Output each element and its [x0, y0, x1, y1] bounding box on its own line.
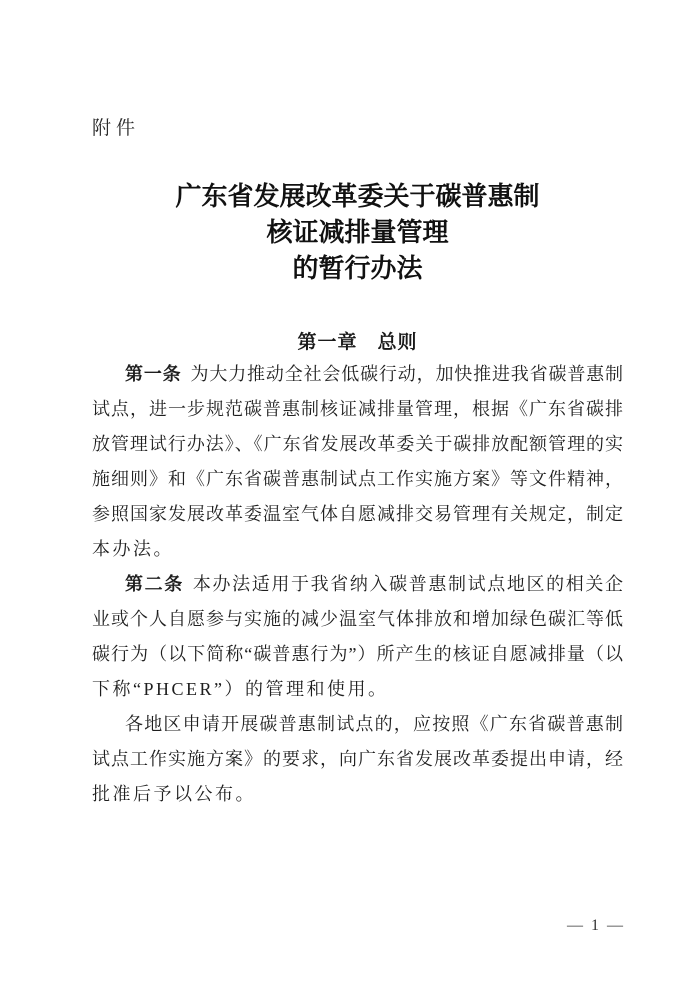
- line-text: 业或个人自愿参与实施的减少温室气体排放和增加绿色碳汇等低: [92, 609, 623, 629]
- line-text: 放管理试行办法》、《广东省发展改革委关于碳排放配额管理的实: [92, 434, 623, 454]
- body-line: 第二条本办法适用于我省纳入碳普惠制试点地区的相关企: [92, 567, 623, 602]
- title-line: 广东省发展改革委关于碳普惠制: [92, 179, 623, 215]
- page-number: — 1 —: [567, 917, 625, 935]
- line-text: 碳行为（以下简称“碳普惠行为”）所产生的核证自愿减排量（以: [92, 644, 623, 664]
- line-text: 试点工作实施方案》的要求，向广东省发展改革委提出申请，经: [92, 749, 623, 769]
- document-page: 附件 广东省发展改革委关于碳普惠制 核证减排量管理 的暂行办法 第一章 总则 第…: [0, 0, 700, 990]
- line-text: 本办法适用于我省纳入碳普惠制试点地区的相关企: [193, 574, 623, 594]
- article-number: 第一条: [125, 364, 182, 384]
- body-text: 第一条为大力推动全社会低碳行动，加快推进我省碳普惠制 试点，进一步规范碳普惠制核…: [92, 357, 623, 812]
- body-line: 施细则》和《广东省碳普惠制试点工作实施方案》等文件精神，: [92, 462, 623, 497]
- article-number: 第二条: [125, 574, 184, 594]
- body-line: 批准后予以公布。: [92, 777, 623, 812]
- title-line: 的暂行办法: [92, 251, 623, 287]
- body-line: 业或个人自愿参与实施的减少温室气体排放和增加绿色碳汇等低: [92, 602, 623, 637]
- document-title: 广东省发展改革委关于碳普惠制 核证减排量管理 的暂行办法: [92, 179, 623, 287]
- line-text: 批准后予以公布。: [92, 784, 256, 804]
- body-line: 放管理试行办法》、《广东省发展改革委关于碳排放配额管理的实: [92, 427, 623, 462]
- body-line: 本办法。: [92, 532, 623, 567]
- body-line: 各地区申请开展碳普惠制试点的，应按照《广东省碳普惠制: [92, 707, 623, 742]
- body-line: 参照国家发展改革委温室气体自愿减排交易管理有关规定，制定: [92, 497, 623, 532]
- body-line: 下称“PHCER”）的管理和使用。: [92, 672, 623, 707]
- line-text: 试点，进一步规范碳普惠制核证减排量管理，根据《广东省碳排: [92, 399, 623, 419]
- attachment-label: 附件: [92, 113, 140, 140]
- line-text: 施细则》和《广东省碳普惠制试点工作实施方案》等文件精神，: [92, 469, 623, 489]
- body-line: 试点工作实施方案》的要求，向广东省发展改革委提出申请，经: [92, 742, 623, 777]
- line-text: 为大力推动全社会低碳行动，加快推进我省碳普惠制: [191, 364, 623, 384]
- line-text: 下称“PHCER”）的管理和使用。: [92, 679, 389, 699]
- line-text: 本办法。: [92, 539, 174, 559]
- line-text: 参照国家发展改革委温室气体自愿减排交易管理有关规定，制定: [92, 504, 623, 524]
- line-text: 各地区申请开展碳普惠制试点的，应按照《广东省碳普惠制: [125, 714, 623, 734]
- body-line: 碳行为（以下简称“碳普惠行为”）所产生的核证自愿减排量（以: [92, 637, 623, 672]
- title-line: 核证减排量管理: [92, 215, 623, 251]
- body-line: 第一条为大力推动全社会低碳行动，加快推进我省碳普惠制: [92, 357, 623, 392]
- body-line: 试点，进一步规范碳普惠制核证减排量管理，根据《广东省碳排: [92, 392, 623, 427]
- chapter-heading: 第一章 总则: [92, 327, 623, 354]
